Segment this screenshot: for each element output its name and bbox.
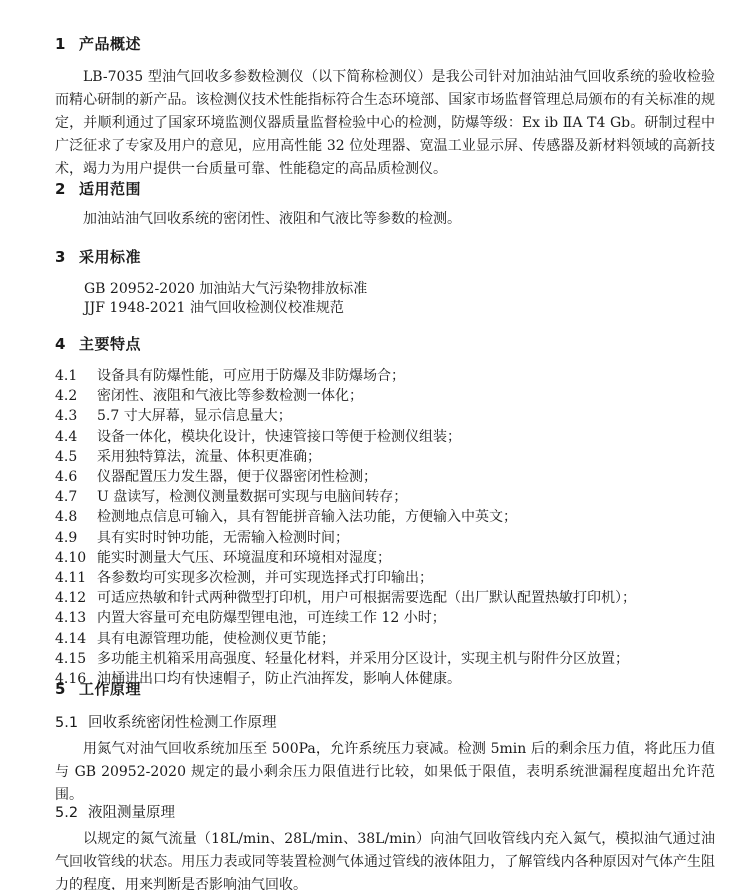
feature-item: 4.9具有实时时钟功能，无需输入检测时间； — [55, 528, 750, 548]
subsection-number: 5.2 — [55, 805, 88, 821]
feature-number: 4.14 — [55, 629, 97, 649]
feature-number: 4.13 — [55, 608, 97, 628]
feature-item: 4.15多功能主机箱采用高强度、轻量化材料，并采用分区设计，实现主机与附件分区放… — [55, 649, 750, 669]
section-number: 3 — [55, 248, 79, 266]
section-number: 1 — [55, 35, 79, 53]
section-title: 工作原理 — [79, 680, 141, 698]
scope-paragraph: 加油站油气回收系统的密闭性、液阻和气液比等参数的检测。 — [55, 208, 715, 231]
feature-number: 4.11 — [55, 568, 97, 588]
feature-number: 4.10 — [55, 548, 97, 568]
product-overview-paragraph: LB-7035 型油气回收多参数检测仪（以下简称检测仪）是我公司针对加油站油气回… — [55, 66, 715, 181]
section-number: 5 — [55, 680, 79, 698]
feature-item: 4.14具有电源管理功能，使检测仪更节能； — [55, 629, 750, 649]
section-title: 采用标准 — [79, 248, 141, 266]
section-heading-3: 3采用标准 — [55, 246, 141, 267]
feature-text: 内置大容量可充电防爆型锂电池，可连续工作 12 小时； — [97, 610, 446, 626]
feature-item: 4.1设备具有防爆性能，可应用于防爆及非防爆场合； — [55, 366, 750, 386]
feature-text: 设备一体化，模块化设计，快速管接口等便于检测仪组装； — [97, 429, 461, 445]
feature-item: 4.4设备一体化，模块化设计，快速管接口等便于检测仪组装； — [55, 427, 750, 447]
section-heading-1: 1产品概述 — [55, 33, 141, 54]
feature-text: 多功能主机箱采用高强度、轻量化材料，并采用分区设计，实现主机与附件分区放置； — [97, 651, 629, 667]
tightness-principle-paragraph: 用氮气对油气回收系统加压至 500Pa，允许系统压力衰减。检测 5min 后的剩… — [55, 738, 715, 807]
section-title: 适用范围 — [79, 180, 141, 198]
subsection-title: 液阻测量原理 — [88, 805, 175, 821]
feature-item: 4.2密闭性、液阻和气液比等参数检测一体化； — [55, 386, 750, 406]
feature-item: 4.12可适应热敏和针式两种微型打印机，用户可根据需要选配（出厂默认配置热敏打印… — [55, 588, 750, 608]
section-title: 主要特点 — [79, 335, 141, 353]
feature-text: 采用独特算法，流量、体积更准确； — [97, 449, 321, 465]
feature-text: U 盘读写，检测仪测量数据可实现与电脑间转存； — [97, 489, 407, 505]
feature-number: 4.2 — [55, 386, 97, 406]
subsection-number: 5.1 — [55, 715, 88, 731]
feature-text: 油桶进出口均有快速帽子，防止汽油挥发，影响人体健康。 — [97, 671, 461, 687]
feature-text: 设备具有防爆性能，可应用于防爆及非防爆场合； — [97, 368, 405, 384]
feature-item: 4.11各参数均可实现多次检测，并可实现选择式打印输出； — [55, 568, 750, 588]
feature-item: 4.35.7 寸大屏幕，显示信息量大； — [55, 406, 750, 426]
feature-text: 仪器配置压力发生器，便于仪器密闭性检测； — [97, 469, 377, 485]
feature-item: 4.16油桶进出口均有快速帽子，防止汽油挥发，影响人体健康。 — [55, 669, 750, 689]
subsection-title: 回收系统密闭性检测工作原理 — [88, 715, 277, 731]
section-number: 4 — [55, 335, 79, 353]
feature-item: 4.8检测地点信息可输入，具有智能拼音输入法功能，方便输入中英文； — [55, 507, 750, 527]
feature-item: 4.10能实时测量大气压、环境温度和环境相对湿度； — [55, 548, 750, 568]
section-heading-5: 5工作原理 — [55, 678, 141, 699]
feature-text: 5.7 寸大屏幕，显示信息量大； — [97, 408, 292, 424]
feature-item: 4.13内置大容量可充电防爆型锂电池，可连续工作 12 小时； — [55, 608, 750, 628]
feature-number: 4.12 — [55, 588, 97, 608]
feature-item: 4.6仪器配置压力发生器，便于仪器密闭性检测； — [55, 467, 750, 487]
feature-text: 密闭性、液阻和气液比等参数检测一体化； — [97, 388, 363, 404]
feature-item: 4.7U 盘读写，检测仪测量数据可实现与电脑间转存； — [55, 487, 750, 507]
feature-number: 4.15 — [55, 649, 97, 669]
feature-number: 4.5 — [55, 447, 97, 467]
feature-text: 检测地点信息可输入，具有智能拼音输入法功能，方便输入中英文； — [97, 509, 517, 525]
feature-number: 4.8 — [55, 507, 97, 527]
feature-number: 4.6 — [55, 467, 97, 487]
feature-number: 4.1 — [55, 366, 97, 386]
standard-item: GB 20952-2020 加油站大气污染物排放标准 — [84, 280, 367, 299]
section-title: 产品概述 — [79, 35, 141, 53]
feature-text: 具有电源管理功能，使检测仪更节能； — [97, 631, 335, 647]
feature-text: 可适应热敏和针式两种微型打印机，用户可根据需要选配（出厂默认配置热敏打印机）； — [97, 590, 636, 606]
feature-number: 4.4 — [55, 427, 97, 447]
liquid-resistance-principle-paragraph: 以规定的氮气流量（18L/min、28L/min、38L/min）向油气回收管线… — [55, 828, 715, 890]
feature-number: 4.9 — [55, 528, 97, 548]
standard-item: JJF 1948-2021 油气回收检测仪校准规范 — [84, 299, 344, 318]
subsection-heading-5-1: 5.1回收系统密闭性检测工作原理 — [55, 711, 277, 732]
feature-item: 4.5采用独特算法，流量、体积更准确； — [55, 447, 750, 467]
feature-text: 各参数均可实现多次检测，并可实现选择式打印输出； — [97, 570, 433, 586]
feature-text: 具有实时时钟功能，无需输入检测时间； — [97, 530, 349, 546]
feature-text: 能实时测量大气压、环境温度和环境相对湿度； — [97, 550, 391, 566]
section-heading-4: 4主要特点 — [55, 333, 141, 354]
feature-number: 4.7 — [55, 487, 97, 507]
section-heading-2: 2适用范围 — [55, 178, 141, 199]
subsection-heading-5-2: 5.2液阻测量原理 — [55, 801, 175, 822]
section-number: 2 — [55, 180, 79, 198]
feature-number: 4.3 — [55, 406, 97, 426]
